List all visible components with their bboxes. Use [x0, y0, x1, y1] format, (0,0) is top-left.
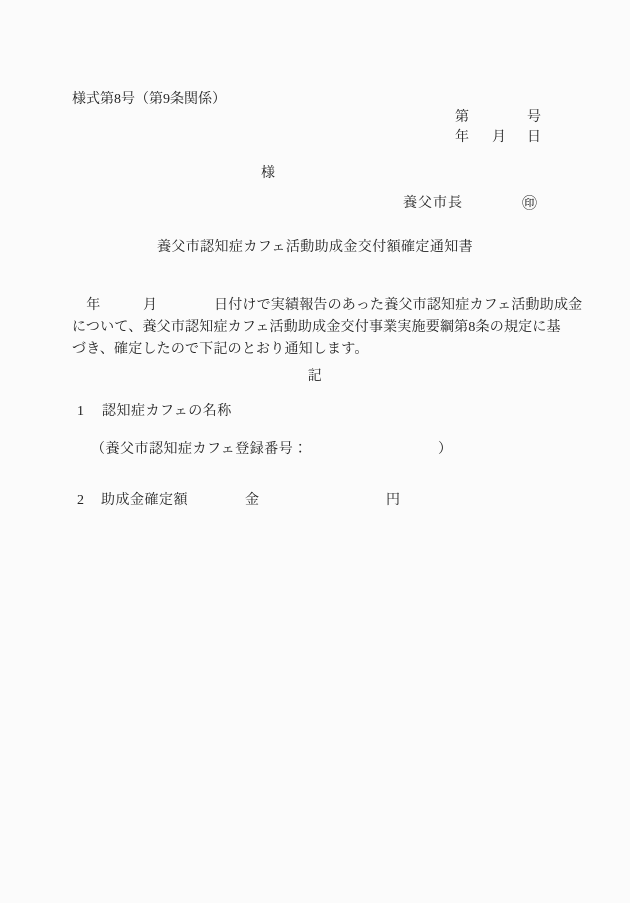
body-line-2: について、養父市認知症カフェ活動助成金交付事業実施要綱第8条の規定に基 — [72, 317, 564, 339]
doc-number-suffix: 号 — [527, 110, 541, 126]
record-marker: 記 — [0, 369, 630, 385]
body-line-3: づき、確定したので下記のとおり通知します。 — [72, 339, 564, 361]
item1-registration-note-open: （養父市認知症カフェ登録番号： — [91, 442, 308, 458]
item2-amount-suffix: 円 — [386, 493, 400, 509]
issuer-name: 養父市長 — [403, 196, 463, 212]
item2-label: 助成金確定額 — [101, 493, 188, 509]
document-title: 養父市認知症カフェ活動助成金交付額確定通知書 — [0, 240, 630, 256]
body-line-1: 年 月 日付けで実績報告のあった養父市認知症カフェ活動助成金 — [72, 295, 564, 317]
item2-amount-prefix: 金 — [245, 493, 259, 509]
form-reference: 様式第8号（第9条関係） — [72, 92, 226, 108]
item1-label: 認知症カフェの名称 — [102, 404, 232, 420]
document-page: 様式第8号（第9条関係） 第 号 年 月 日 様 養父市長 ㊞ 養父市認知症カフ… — [0, 0, 630, 903]
item2-number: 2 — [77, 493, 84, 509]
date-month-label: 月 — [492, 130, 506, 146]
date-day-label: 日 — [527, 130, 541, 146]
item1-number: 1 — [77, 404, 84, 420]
recipient-honorific: 様 — [261, 166, 275, 182]
date-year-label: 年 — [455, 130, 469, 146]
body-paragraph: 年 月 日付けで実績報告のあった養父市認知症カフェ活動助成金 について、養父市認… — [72, 295, 564, 361]
item1-registration-note-close: ） — [438, 442, 452, 458]
seal-mark-icon: ㊞ — [522, 196, 537, 212]
doc-number-prefix: 第 — [455, 110, 469, 126]
